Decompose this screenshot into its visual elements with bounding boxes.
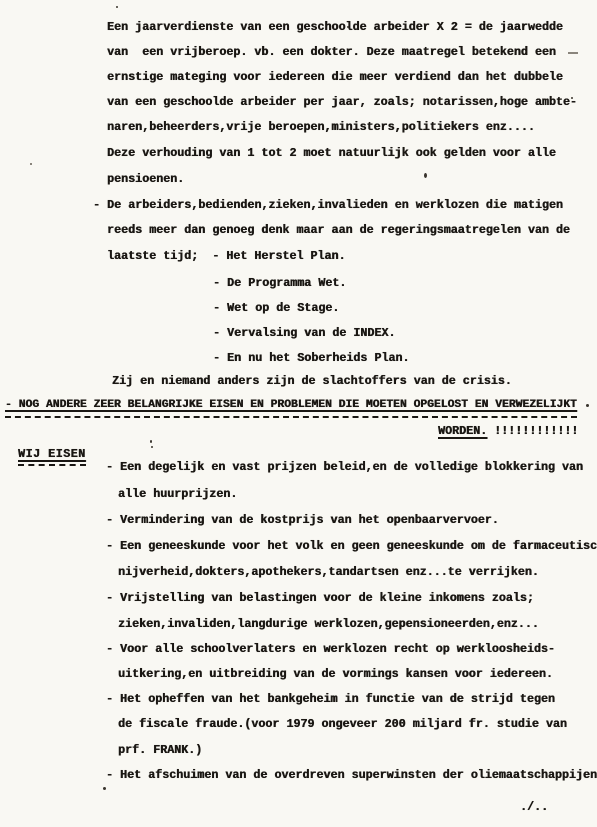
paper-speck <box>151 446 153 448</box>
paper-speck <box>586 404 589 407</box>
paragraph-line: van een vrijberoep. vb. een dokter. Deze… <box>107 45 556 60</box>
sub-list-item: - Vervalsing van de INDEX. <box>213 326 395 341</box>
list-item: - De arbeiders,bedienden,zieken,invalied… <box>93 198 563 213</box>
demand-item: - Het afschuimen van de overdreven super… <box>106 768 597 783</box>
underlined-text: WORDEN. <box>438 424 487 438</box>
demand-item: - Een geneeskunde voor het volk en geen … <box>106 539 597 554</box>
demand-item: - Een degelijk en vast prijzen beleid,en… <box>106 460 583 475</box>
paragraph-line: naren,beheerders,vrije beroepen,minister… <box>107 120 535 135</box>
list-item-continuation: reeds meer dan genoeg denk maar aan de r… <box>107 223 570 238</box>
sub-list-item: - En nu het Soberheids Plan. <box>213 351 409 366</box>
paper-speck <box>103 787 106 790</box>
sub-list-item: - Wet op de Stage. <box>213 301 339 316</box>
demand-item-continuation: nijverheid,dokters,apothekers,tandartsen… <box>118 565 539 580</box>
section-heading-continuation: WORDEN. !!!!!!!!!!!! <box>438 424 578 439</box>
demand-item-continuation: zieken,invaliden,langdurige werklozen,ge… <box>118 617 539 632</box>
sub-list-item: - De Programma Wet. <box>213 276 346 291</box>
paragraph-line: Deze verhouding van 1 tot 2 moet natuurl… <box>107 146 556 161</box>
paper-speck <box>347 26 349 28</box>
demand-item: - Vrijstelling van belastingen voor de k… <box>106 591 534 606</box>
wij-eisen-heading: WIJ EISEN <box>18 447 86 466</box>
demand-item: - Voor alle schoolverlaters en werklozen… <box>106 642 555 657</box>
demand-item: - Vermindering van de kostprijs van het … <box>106 513 499 528</box>
paper-speck <box>571 97 573 99</box>
paragraph-line: Een jaarverdienste van een geschoolde ar… <box>107 20 563 35</box>
plain-text: !!!!!!!!!!!! <box>487 424 578 438</box>
section-heading: - NOG ANDERE ZEER BELANGRIJKE EISEN EN P… <box>5 398 577 418</box>
document-page: Een jaarverdienste van een geschoolde ar… <box>0 0 597 827</box>
list-item-continuation: laatste tijd; - Het Herstel Plan. <box>107 249 345 264</box>
paragraph-line: pensioenen. <box>107 172 184 187</box>
demand-item-continuation: alle huurprijzen. <box>118 487 237 502</box>
demand-item-continuation: de fiscale fraude.(voor 1979 ongeveer 20… <box>118 717 567 732</box>
paper-speck <box>568 52 578 54</box>
demand-item-continuation: prf. FRANK.) <box>118 743 202 758</box>
paragraph-line: ernstige mateging voor iedereen die meer… <box>107 70 563 85</box>
demand-item: - Het opheffen van het bankgeheim in fun… <box>106 692 555 707</box>
paper-speck <box>116 6 118 8</box>
paper-speck <box>424 173 427 178</box>
paragraph-line: van een geschoolde arbeider per jaar, zo… <box>107 95 577 110</box>
continuation-mark: ./.. <box>520 800 548 815</box>
emphasis-line: Zij en niemand anders zijn de slachtoffe… <box>112 374 512 389</box>
paper-speck <box>150 440 152 443</box>
demand-item-continuation: uitkering,en uitbreiding van de vormings… <box>118 667 553 682</box>
paper-speck <box>30 163 32 165</box>
